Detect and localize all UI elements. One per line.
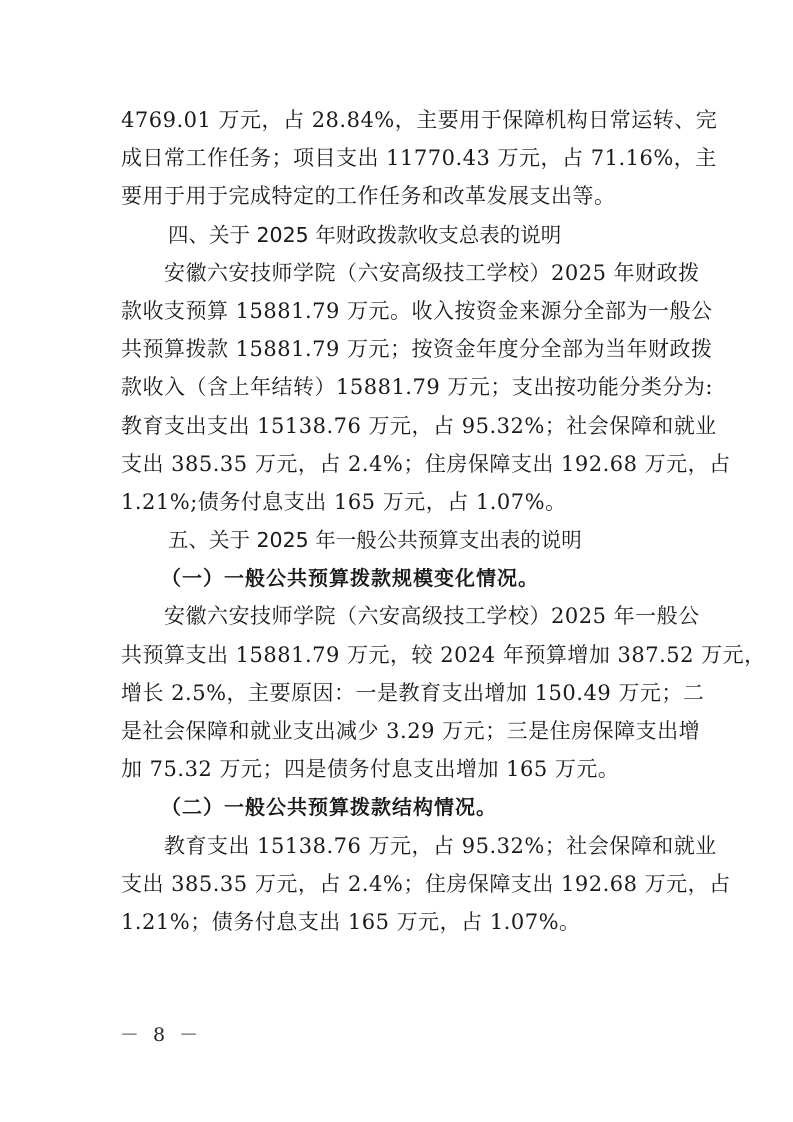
body-line: 教育支出支出 15138.76 万元，占 95.32%；社会保障和就业 — [121, 407, 673, 445]
body-line: 共预算拨款 15881.79 万元；按资金年度分全部为当年财政拨 — [121, 330, 673, 368]
subsection-heading-1: （一）一般公共预算拨款规模变化情况。 — [121, 559, 673, 597]
body-line: 增长 2.5%，主要原因：一是教育支出增加 150.49 万元；二 — [121, 674, 673, 712]
paragraph-start-line: 安徽六安技师学院（六安高级技工学校）2025 年一般公 — [121, 597, 673, 635]
subsection-heading-2: （二）一般公共预算拨款结构情况。 — [121, 788, 673, 826]
body-line: 款收入（含上年结转）15881.79 万元；支出按功能分类分为: — [121, 368, 673, 406]
body-line: 成日常工作任务；项目支出 11770.43 万元，占 71.16%，主 — [121, 139, 673, 177]
body-line: 4769.01 万元，占 28.84%，主要用于保障机构日常运转、完 — [121, 101, 673, 139]
paragraph-start-line: 教育支出 15138.76 万元，占 95.32%；社会保障和就业 — [121, 827, 673, 865]
page-number: － 8 － — [120, 1020, 202, 1047]
body-line: 要用于用于完成特定的工作任务和改革发展支出等。 — [121, 177, 673, 215]
body-line: 款收支预算 15881.79 万元。收入按资金来源分全部为一般公 — [121, 292, 673, 330]
section-heading-5: 五、关于 2025 年一般公共预算支出表的说明 — [121, 521, 673, 559]
body-line: 1.21%；债务付息支出 165 万元，占 1.07%。 — [121, 903, 673, 941]
document-page: 4769.01 万元，占 28.84%，主要用于保障机构日常运转、完 成日常工作… — [121, 101, 673, 941]
body-line: 支出 385.35 万元，占 2.4%；住房保障支出 192.68 万元，占 — [121, 445, 673, 483]
body-line: 加 75.32 万元；四是债务付息支出增加 165 万元。 — [121, 750, 673, 788]
body-line: 支出 385.35 万元，占 2.4%；住房保障支出 192.68 万元，占 — [121, 865, 673, 903]
body-line: 共预算支出 15881.79 万元，较 2024 年预算增加 387.52 万元… — [121, 636, 673, 674]
body-line: 1.21%;债务付息支出 165 万元，占 1.07%。 — [121, 483, 673, 521]
body-line: 是社会保障和就业支出减少 3.29 万元；三是住房保障支出增 — [121, 712, 673, 750]
paragraph-start-line: 安徽六安技师学院（六安高级技工学校）2025 年财政拨 — [121, 254, 673, 292]
section-heading-4: 四、关于 2025 年财政拨款收支总表的说明 — [121, 216, 673, 254]
